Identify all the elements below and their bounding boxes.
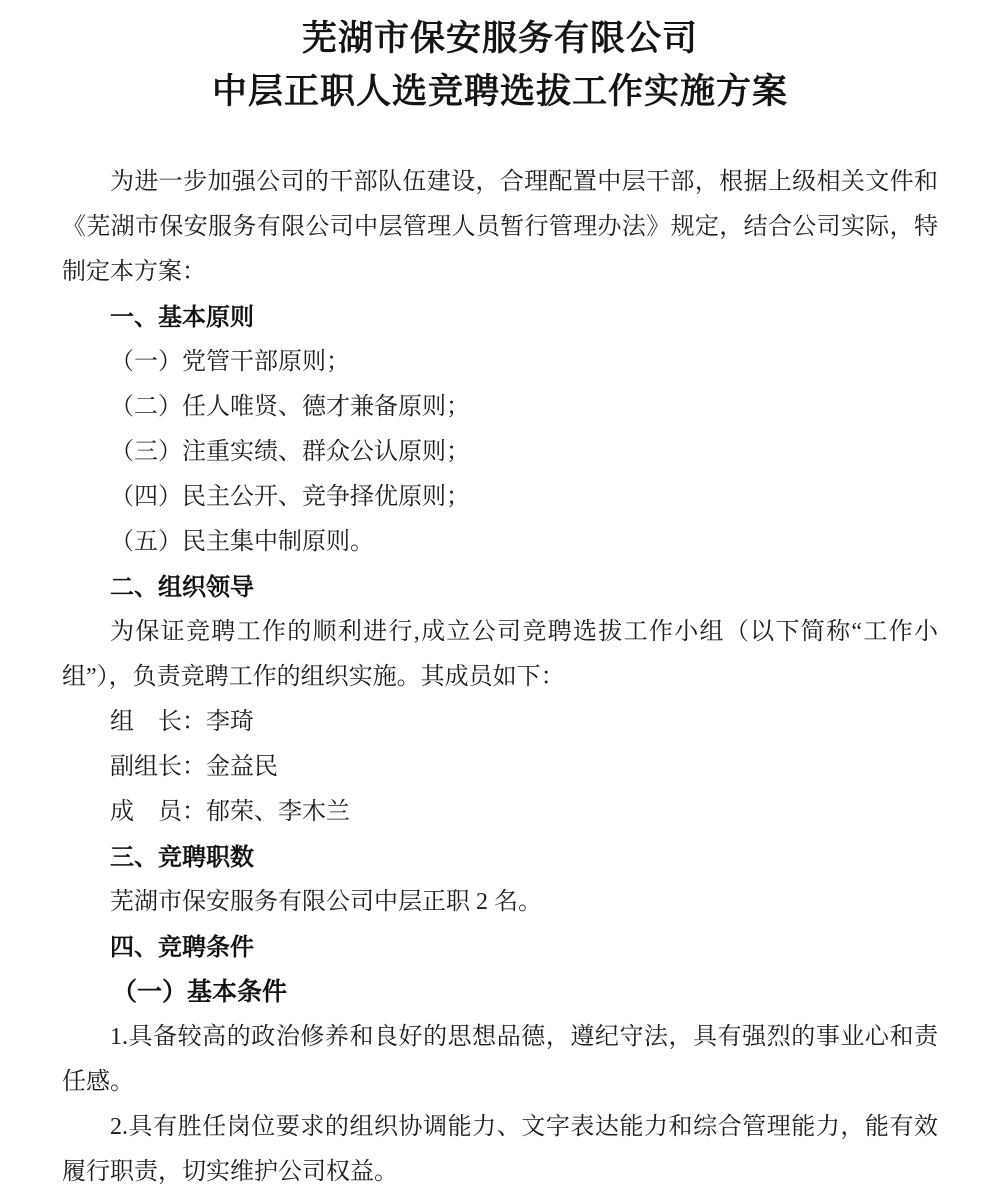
principle-item-3: （三）注重实绩、群众公认原则； [62, 430, 938, 475]
heading-section-4: 四、竞聘条件 [62, 925, 938, 970]
subheading-basic-conditions: （一）基本条件 [62, 970, 938, 1015]
paragraph-position-count: 芜湖市保安服务有限公司中层正职 2 名。 [62, 880, 938, 925]
document-title-line-2: 中层正职人选竞聘选拔工作实施方案 [62, 65, 938, 118]
principle-item-4: （四）民主公开、竞争择优原则； [62, 475, 938, 520]
paragraph-workgroup: 为保证竞聘工作的顺利进行,成立公司竞聘选拔工作小组（以下简称“工作小组”），负责… [62, 610, 938, 700]
heading-section-2: 二、组织领导 [62, 565, 938, 610]
paragraph-condition-2: 2.具有胜任岗位要求的组织协调能力、文字表达能力和综合管理能力，能有效履行职责，… [62, 1105, 938, 1195]
paragraph-condition-1: 1.具备较高的政治修养和良好的思想品德，遵纪守法，具有强烈的事业心和责任感。 [62, 1015, 938, 1105]
document-body: 为进一步加强公司的干部队伍建设，合理配置中层干部，根据上级相关文件和《芜湖市保安… [62, 160, 938, 1195]
document-title: 芜湖市保安服务有限公司 中层正职人选竞聘选拔工作实施方案 [62, 12, 938, 118]
principle-item-2: （二）任人唯贤、德才兼备原则； [62, 385, 938, 430]
document-title-line-1: 芜湖市保安服务有限公司 [62, 12, 938, 65]
heading-section-1: 一、基本原则 [62, 295, 938, 340]
member-line-leader: 组 长：李琦 [62, 700, 938, 745]
paragraph-intro: 为进一步加强公司的干部队伍建设，合理配置中层干部，根据上级相关文件和《芜湖市保安… [62, 160, 938, 295]
heading-section-3: 三、竞聘职数 [62, 835, 938, 880]
member-line-deputy-leader: 副组长：金益民 [62, 745, 938, 790]
member-line-members: 成 员：郁荣、李木兰 [62, 790, 938, 835]
principle-item-1: （一）党管干部原则； [62, 340, 938, 385]
document-page: 芜湖市保安服务有限公司 中层正职人选竞聘选拔工作实施方案 为进一步加强公司的干部… [0, 0, 1000, 1204]
principle-item-5: （五）民主集中制原则。 [62, 520, 938, 565]
